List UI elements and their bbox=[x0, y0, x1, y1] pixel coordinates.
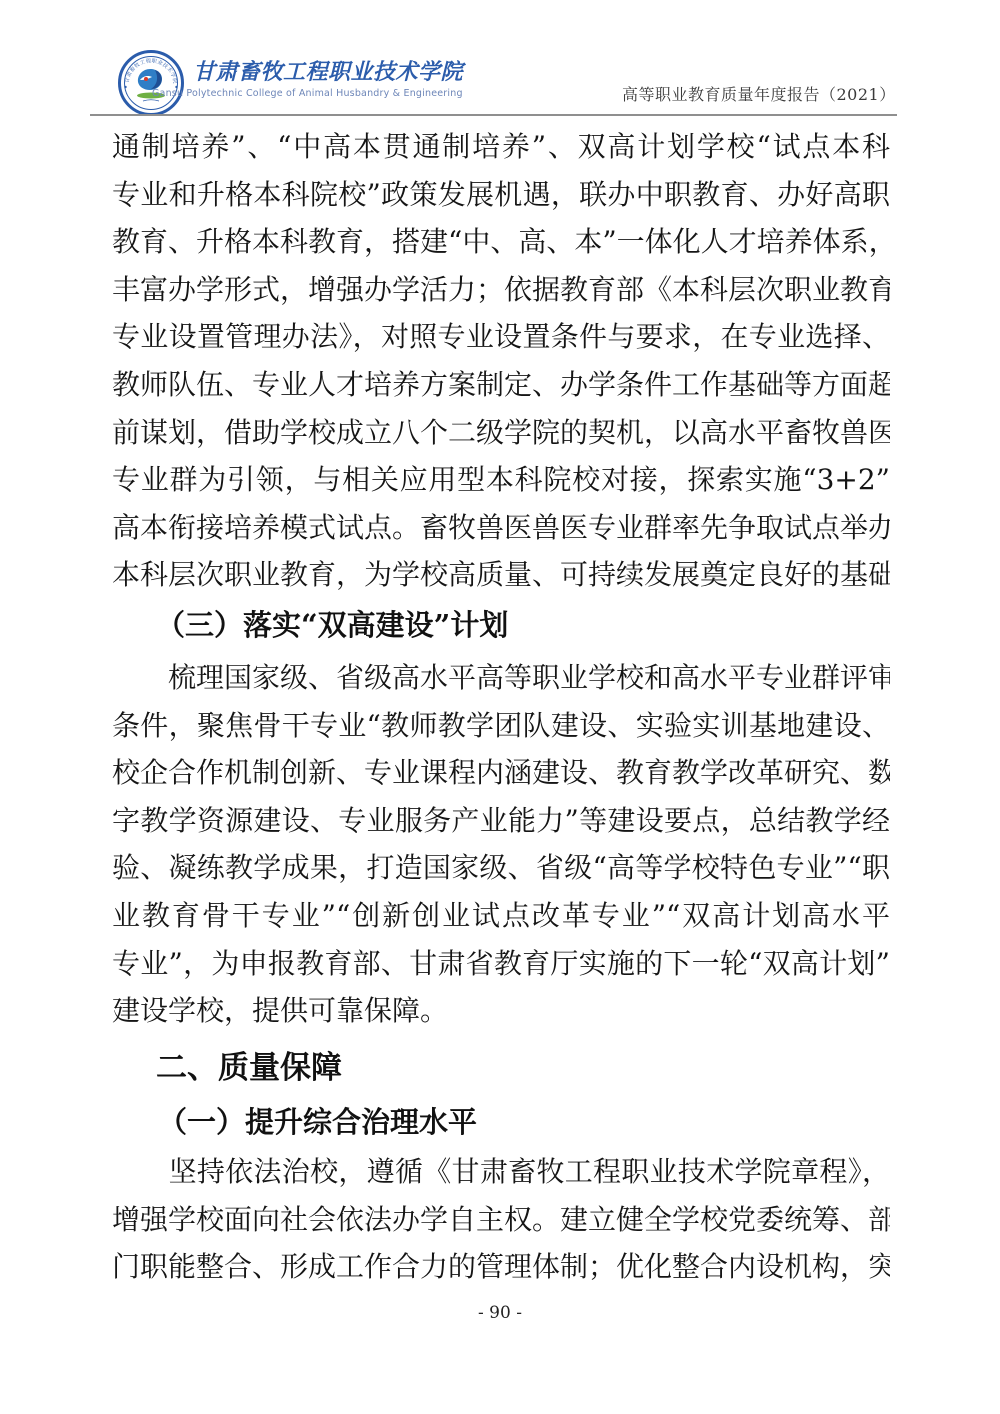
text-line: 业教育骨干专业”“创新创业试点改革专业”“双高计划高水平 bbox=[112, 892, 890, 940]
paragraph-2: 梳理国家级、省级高水平高等职业学校和高水平专业群评审条件，聚焦骨干专业“教师教学… bbox=[112, 654, 890, 1035]
text-line: 教师队伍、专业人才培养方案制定、办学条件工作基础等方面超 bbox=[112, 361, 890, 409]
text-line: 条件，聚焦骨干专业“教师教学团队建设、实验实训基地建设、 bbox=[112, 702, 890, 750]
text-line: 门职能整合、形成工作合力的管理体制；优化整合内设机构，突 bbox=[112, 1243, 890, 1291]
paragraph-3: 坚持依法治校，遵循《甘肃畜牧工程职业技术学院章程》，增强学校面向社会依法办学自主… bbox=[112, 1148, 890, 1291]
text-line: 专业设置管理办法》，对照专业设置条件与要求，在专业选择、 bbox=[112, 313, 890, 361]
logo-eye-dot bbox=[144, 77, 148, 81]
college-name-en: Gansu Polytechnic College of Animal Husb… bbox=[152, 88, 463, 99]
text-line: 建设学校，提供可靠保障。 bbox=[112, 987, 890, 1035]
school-emblem-icon: 甘肃畜牧工程职业技术学院 bbox=[117, 49, 185, 117]
text-line: 梳理国家级、省级高水平高等职业学校和高水平专业群评审 bbox=[112, 654, 890, 702]
text-line: 校企合作机制创新、专业课程内涵建设、教育教学改革研究、数 bbox=[112, 749, 890, 797]
text-line: 增强学校面向社会依法办学自主权。建立健全学校党委统筹、部 bbox=[112, 1196, 890, 1244]
section-heading-1: （一）提升综合治理水平 bbox=[112, 1094, 936, 1150]
text-line: 字教学资源建设、专业服务产业能力”等建设要点，总结教学经 bbox=[112, 797, 890, 845]
text-line: 高本衔接培养模式试点。畜牧兽医兽医专业群率先争取试点举办 bbox=[112, 504, 890, 552]
report-title: 高等职业教育质量年度报告（2021） bbox=[622, 82, 896, 105]
footer-page-number: - 90 - bbox=[0, 1303, 1000, 1323]
school-logo: 甘肃畜牧工程职业技术学院 bbox=[117, 49, 185, 117]
text-line: 验、凝练教学成果，打造国家级、省级“高等学校特色专业”“职 bbox=[112, 844, 890, 892]
section-heading-3: （三）落实“双高建设”计划 bbox=[112, 596, 934, 654]
text-line: 本科层次职业教育，为学校高质量、可持续发展奠定良好的基础。 bbox=[112, 551, 890, 599]
header-rule bbox=[90, 114, 897, 116]
text-line: 坚持依法治校，遵循《甘肃畜牧工程职业技术学院章程》， bbox=[112, 1148, 890, 1196]
chapter-heading-2: 二、质量保障 bbox=[112, 1040, 934, 1096]
text-line: 教育、升格本科教育，搭建“中、高、本”一体化人才培养体系， bbox=[112, 218, 890, 266]
text-line: 通制培养”、“中高本贯通制培养”、双高计划学校“试点本科 bbox=[112, 123, 890, 171]
text-line: 专业”，为申报教育部、甘肃省教育厅实施的下一轮“双高计划” bbox=[112, 940, 890, 988]
text-line: 前谋划，借助学校成立八个二级学院的契机，以高水平畜牧兽医 bbox=[112, 409, 890, 457]
college-name-cn: 甘肃畜牧工程职业技术学院 bbox=[193, 55, 463, 86]
text-line: 专业和升格本科院校”政策发展机遇，联办中职教育、办好高职 bbox=[112, 171, 890, 219]
text-line: 专业群为引领，与相关应用型本科院校对接，探索实施“3+2” bbox=[112, 456, 890, 504]
paragraph-1: 通制培养”、“中高本贯通制培养”、双高计划学校“试点本科专业和升格本科院校”政策… bbox=[112, 123, 890, 599]
report-page: 甘肃畜牧工程职业技术学院 甘肃畜牧工程职业技术学院 Gansu Polytech… bbox=[0, 0, 1000, 1414]
text-line: 丰富办学形式，增强办学活力；依据教育部《本科层次职业教育 bbox=[112, 266, 890, 314]
